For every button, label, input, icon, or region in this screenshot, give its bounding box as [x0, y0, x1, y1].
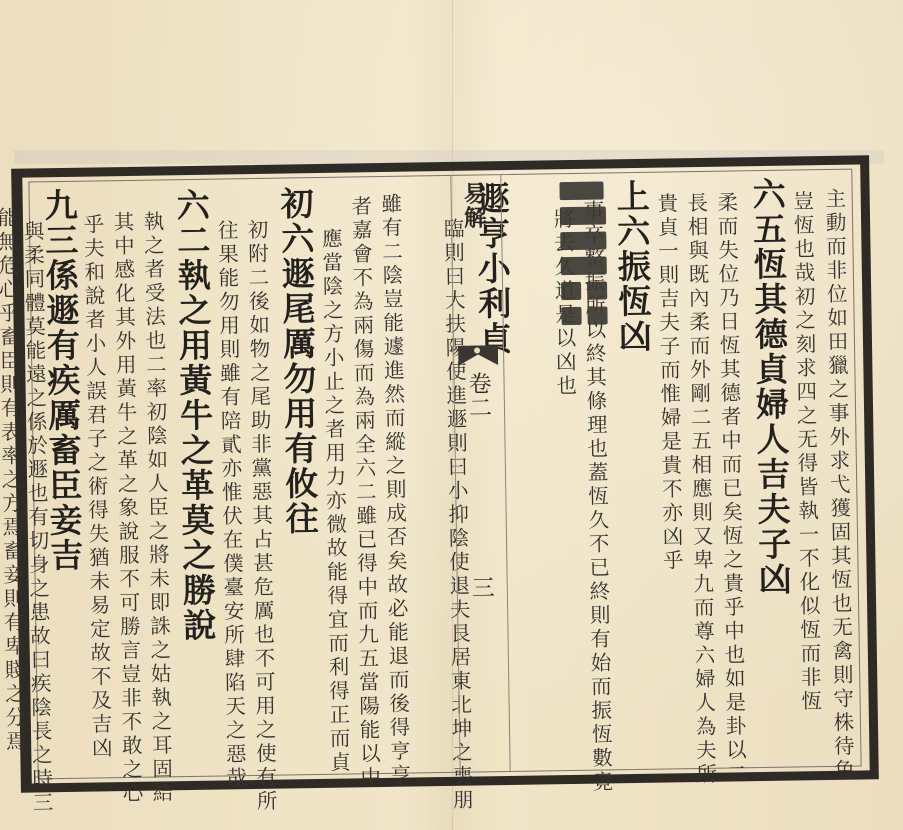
column-commentary: 乎夫和說者小人誤君子之術得失猶未易定故不及吉凶 [81, 213, 110, 761]
text-block: 主動而非位如田獵之事外求弋獲固其恆也无禽則守株待兔 豈恆也哉初之刻求四之无得皆執… [28, 169, 861, 780]
column-commentary: 往果能勿用則雖有陪貳亦惟伏在僕臺安所肆陷天之惡哉 [215, 219, 244, 790]
book-title: 易解 [461, 181, 485, 229]
column-commentary: 執之者受法也二率初陰如人臣之將未即誅之姑執之耳固結 [141, 210, 171, 805]
hexagram-dun-icon [559, 181, 617, 332]
column-commentary: 貴貞一則吉夫子而惟婦是貴不亦凶乎 [655, 192, 681, 573]
column-commentary: 者嘉會不為兩傷而為兩全六二雖已得中而九五當陽能以中 [349, 195, 379, 790]
column-commentary: 初附二後如物之尾助非黨惡其占甚危厲也不可用之使有所 [245, 219, 275, 814]
column-commentary: 應當陰之方小止之者用力亦微故能得宜而利得正而貞 [320, 228, 349, 776]
column-commentary: 其中感化其外用黃牛之革之象說服不可勝言豈非不敢之心 [111, 211, 141, 806]
column-commentary: 豈恆也哉初之刻求四之无得皆執一不化似恆而非恆 [791, 190, 820, 714]
column-heading: 六二執之用黃牛之革莫之勝說 [174, 188, 214, 643]
fold-strip: 易解 卷二 三 [449, 175, 510, 772]
column-commentary: 長相與既內柔而外剛二五相應則又卑九而尊六婦人為夫所 [685, 192, 715, 787]
column-commentary: 雖有二陰豈能遽進然而縱之則成否矣故必能退而後得亨亨 [379, 193, 409, 788]
volume-label: 卷二 [465, 371, 489, 419]
column-commentary: 柔而失位乃日恆其德者中而已矣恆之貴乎中也如是卦以二 [715, 191, 745, 786]
fish-tail-dot-icon [474, 347, 480, 353]
column-heading: 上六振恆凶 [614, 179, 650, 354]
column-heading: 初六遯尾厲勿用有攸往 [278, 186, 316, 536]
column-commentary: 主動而非位如田獵之事外求弋獲固其恆也无禽則守株待兔 [823, 188, 853, 783]
page-number: 三 [469, 575, 492, 599]
printed-border-frame: 主動而非位如田獵之事外求弋獲固其恆也无禽則守株待兔 豈恆也哉初之刻求四之无得皆執… [11, 155, 879, 792]
column-heading: 六五恆其德貞婦人吉夫子凶 [750, 177, 790, 597]
